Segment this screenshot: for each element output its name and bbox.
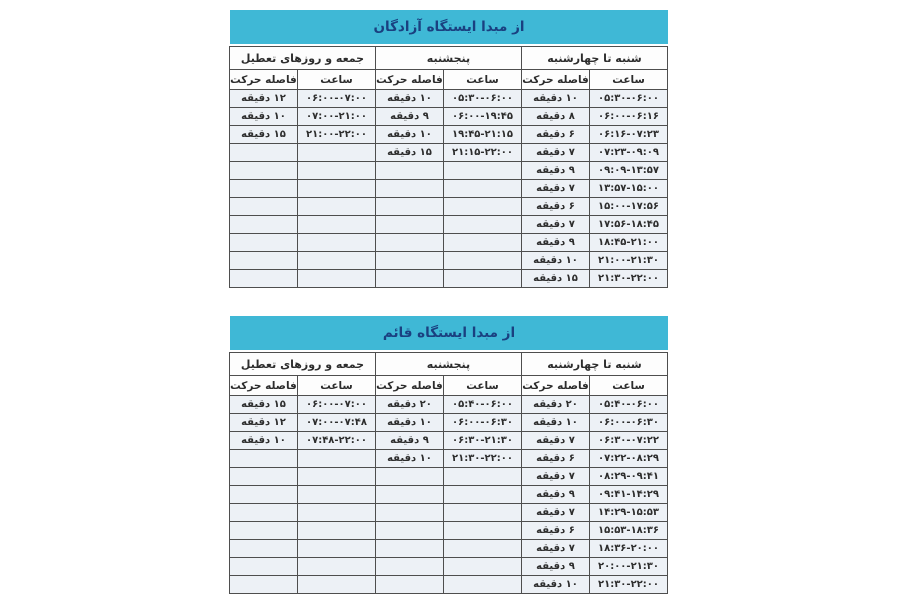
time-range-value: ۰۶:۰۰-۱۹:۴۵: [452, 111, 513, 122]
friday-holidays-time-cell: [297, 144, 375, 162]
sat-to-wed-time-cell: ۱۵:۵۳-۱۸:۳۶: [590, 522, 668, 540]
sat-to-wed-headway-cell: ۹ دقیقه: [521, 162, 589, 180]
day-group-thursday: پنجشنبه: [375, 353, 521, 376]
friday-holidays-headway-cell: [229, 486, 297, 504]
time-range-value: ۱۷:۵۶-۱۸:۴۵: [598, 219, 659, 230]
schedule-row: ۰۵:۳۰-۰۶:۰۰۱۰ دقیقه۰۵:۳۰-۰۶:۰۰۱۰ دقیقه۰۶…: [229, 90, 667, 108]
friday-holidays-time-cell: ۰۶:۰۰-۰۷:۰۰: [297, 90, 375, 108]
sub-header-row: ساعت فاصله حرکت ساعت فاصله حرکت ساعت فاص…: [229, 70, 667, 90]
day-group-friday-holidays: جمعه و روزهای تعطیل: [229, 353, 375, 376]
thursday-headway-cell: [375, 180, 443, 198]
thursday-headway-cell: [375, 162, 443, 180]
sat-to-wed-time-cell: ۱۴:۲۹-۱۵:۵۳: [590, 504, 668, 522]
thursday-headway-cell: [375, 234, 443, 252]
schedule-row: ۱۳:۵۷-۱۵:۰۰۷ دقیقه: [229, 180, 667, 198]
friday-holidays-time-cell: ۰۷:۰۰-۰۷:۴۸: [297, 414, 375, 432]
thursday-time-cell: [443, 162, 521, 180]
friday-holidays-headway-cell: [229, 180, 297, 198]
thursday-time-cell: ۲۱:۱۵-۲۲:۰۰: [443, 144, 521, 162]
thursday-time-cell: ۱۹:۴۵-۲۱:۱۵: [443, 126, 521, 144]
sat-to-wed-headway-cell: ۷ دقیقه: [521, 468, 589, 486]
thursday-time-cell: ۰۵:۳۰-۰۶:۰۰: [443, 90, 521, 108]
friday-holidays-headway-cell: [229, 162, 297, 180]
thursday-headway-cell: ۹ دقیقه: [375, 432, 443, 450]
headway-header: فاصله حرکت: [375, 376, 443, 396]
schedule-row: ۰۶:۰۰-۰۶:۱۶۸ دقیقه۰۶:۰۰-۱۹:۴۵۹ دقیقه۰۷:۰…: [229, 108, 667, 126]
sat-to-wed-headway-cell: ۷ دقیقه: [521, 144, 589, 162]
sat-to-wed-headway-cell: ۱۵ دقیقه: [521, 270, 589, 288]
thursday-time-cell: [443, 180, 521, 198]
sat-to-wed-headway-cell: ۸ دقیقه: [521, 108, 589, 126]
friday-holidays-headway-cell: [229, 504, 297, 522]
timetable-body: ۰۵:۳۰-۰۶:۰۰۱۰ دقیقه۰۵:۳۰-۰۶:۰۰۱۰ دقیقه۰۶…: [229, 90, 667, 288]
sat-to-wed-time-cell: ۱۸:۳۶-۲۰:۰۰: [590, 540, 668, 558]
sat-to-wed-headway-cell: ۱۰ دقیقه: [521, 252, 589, 270]
thursday-headway-cell: [375, 252, 443, 270]
friday-holidays-headway-cell: ۱۰ دقیقه: [229, 432, 297, 450]
schedule-table-qaem: از مبدا ایستگاه قائم شنبه تا چهارشنبه پن…: [230, 316, 668, 594]
friday-holidays-headway-cell: ۱۲ دقیقه: [229, 414, 297, 432]
thursday-headway-cell: [375, 468, 443, 486]
thursday-headway-cell: ۱۰ دقیقه: [375, 126, 443, 144]
time-range-value: ۰۵:۳۰-۰۶:۰۰: [452, 93, 513, 104]
friday-holidays-time-cell: [297, 198, 375, 216]
friday-holidays-headway-cell: [229, 198, 297, 216]
time-range-value: ۰۶:۰۰-۰۶:۳۰: [452, 417, 513, 428]
thursday-time-cell: ۰۶:۰۰-۰۶:۳۰: [443, 414, 521, 432]
friday-holidays-headway-cell: ۱۵ دقیقه: [229, 396, 297, 414]
thursday-time-cell: [443, 558, 521, 576]
sat-to-wed-headway-cell: ۷ دقیقه: [521, 216, 589, 234]
friday-holidays-time-cell: [297, 216, 375, 234]
friday-holidays-headway-cell: [229, 576, 297, 594]
time-range-value: ۰۶:۰۰-۰۶:۱۶: [598, 111, 659, 122]
time-range-value: ۱۵:۵۳-۱۸:۳۶: [598, 525, 659, 536]
schedule-row: ۱۷:۵۶-۱۸:۴۵۷ دقیقه: [229, 216, 667, 234]
sat-to-wed-headway-cell: ۹ دقیقه: [521, 486, 589, 504]
page: از مبدا ایستگاه آزادگان شنبه تا چهارشنبه…: [0, 0, 900, 600]
friday-holidays-headway-cell: [229, 144, 297, 162]
sat-to-wed-time-cell: ۰۷:۲۲-۰۸:۲۹: [590, 450, 668, 468]
thursday-time-cell: ۰۶:۰۰-۱۹:۴۵: [443, 108, 521, 126]
schedule-row: ۰۸:۲۹-۰۹:۴۱۷ دقیقه: [229, 468, 667, 486]
friday-holidays-time-cell: [297, 558, 375, 576]
table-title: از مبدا ایستگاه قائم: [230, 316, 668, 350]
schedule-row: ۲۱:۳۰-۲۲:۰۰۱۰ دقیقه: [229, 576, 667, 594]
sub-header-row: ساعت فاصله حرکت ساعت فاصله حرکت ساعت فاص…: [229, 376, 667, 396]
headway-header: فاصله حرکت: [229, 70, 297, 90]
time-range-value: ۰۶:۳۰-۰۷:۲۲: [598, 435, 659, 446]
schedule-row: ۰۶:۱۶-۰۷:۲۳۶ دقیقه۱۹:۴۵-۲۱:۱۵۱۰ دقیقه۲۱:…: [229, 126, 667, 144]
thursday-headway-cell: [375, 270, 443, 288]
time-range-value: ۰۵:۴۰-۰۶:۰۰: [452, 399, 513, 410]
sat-to-wed-headway-cell: ۱۰ دقیقه: [521, 90, 589, 108]
friday-holidays-headway-cell: [229, 558, 297, 576]
time-range-value: ۰۷:۴۸-۲۲:۰۰: [306, 435, 367, 446]
friday-holidays-time-cell: [297, 504, 375, 522]
friday-holidays-time-cell: ۲۱:۰۰-۲۲:۰۰: [297, 126, 375, 144]
thursday-time-cell: [443, 540, 521, 558]
schedule-row: ۰۶:۳۰-۰۷:۲۲۷ دقیقه۰۶:۳۰-۲۱:۳۰۹ دقیقه۰۷:۴…: [229, 432, 667, 450]
friday-holidays-time-cell: [297, 234, 375, 252]
schedule-row: ۰۹:۴۱-۱۴:۲۹۹ دقیقه: [229, 486, 667, 504]
table-title: از مبدا ایستگاه آزادگان: [230, 10, 668, 44]
schedule-row: ۰۹:۰۹-۱۳:۵۷۹ دقیقه: [229, 162, 667, 180]
time-range-value: ۱۸:۳۶-۲۰:۰۰: [598, 543, 659, 554]
time-range-value: ۱۵:۰۰-۱۷:۵۶: [598, 201, 659, 212]
schedule-row: ۰۷:۲۲-۰۸:۲۹۶ دقیقه۲۱:۳۰-۲۲:۰۰۱۰ دقیقه: [229, 450, 667, 468]
thursday-headway-cell: [375, 558, 443, 576]
sat-to-wed-time-cell: ۰۵:۴۰-۰۶:۰۰: [590, 396, 668, 414]
time-header: ساعت: [443, 376, 521, 396]
timetable-body: ۰۵:۴۰-۰۶:۰۰۲۰ دقیقه۰۵:۴۰-۰۶:۰۰۲۰ دقیقه۰۶…: [229, 396, 667, 594]
sat-to-wed-time-cell: ۲۱:۳۰-۲۲:۰۰: [590, 576, 668, 594]
friday-holidays-time-cell: [297, 450, 375, 468]
thursday-time-cell: ۲۱:۳۰-۲۲:۰۰: [443, 450, 521, 468]
sat-to-wed-headway-cell: ۶ دقیقه: [521, 522, 589, 540]
time-range-value: ۰۶:۱۶-۰۷:۲۳: [598, 129, 659, 140]
friday-holidays-headway-cell: ۱۰ دقیقه: [229, 108, 297, 126]
thursday-time-cell: ۰۵:۴۰-۰۶:۰۰: [443, 396, 521, 414]
friday-holidays-time-cell: ۰۶:۰۰-۰۷:۰۰: [297, 396, 375, 414]
sat-to-wed-headway-cell: ۷ دقیقه: [521, 504, 589, 522]
thursday-time-cell: [443, 270, 521, 288]
sat-to-wed-headway-cell: ۷ دقیقه: [521, 432, 589, 450]
sat-to-wed-time-cell: ۰۷:۲۳-۰۹:۰۹: [590, 144, 668, 162]
sat-to-wed-headway-cell: ۲۰ دقیقه: [521, 396, 589, 414]
friday-holidays-headway-cell: ۱۵ دقیقه: [229, 126, 297, 144]
time-range-value: ۱۳:۵۷-۱۵:۰۰: [598, 183, 659, 194]
friday-holidays-headway-cell: [229, 234, 297, 252]
headway-header: فاصله حرکت: [521, 376, 589, 396]
thursday-time-cell: [443, 234, 521, 252]
schedule-row: ۰۶:۰۰-۰۶:۳۰۱۰ دقیقه۰۶:۰۰-۰۶:۳۰۱۰ دقیقه۰۷…: [229, 414, 667, 432]
schedule-row: ۲۱:۰۰-۲۱:۳۰۱۰ دقیقه: [229, 252, 667, 270]
sat-to-wed-time-cell: ۲۱:۰۰-۲۱:۳۰: [590, 252, 668, 270]
timetable: شنبه تا چهارشنبه پنجشنبه جمعه و روزهای ت…: [229, 352, 668, 594]
sat-to-wed-time-cell: ۰۵:۳۰-۰۶:۰۰: [590, 90, 668, 108]
schedule-row: ۱۴:۲۹-۱۵:۵۳۷ دقیقه: [229, 504, 667, 522]
sat-to-wed-time-cell: ۰۹:۰۹-۱۳:۵۷: [590, 162, 668, 180]
thursday-headway-cell: ۹ دقیقه: [375, 108, 443, 126]
friday-holidays-headway-cell: [229, 468, 297, 486]
friday-holidays-time-cell: [297, 486, 375, 504]
headway-header: فاصله حرکت: [375, 70, 443, 90]
schedule-row: ۱۸:۴۵-۲۱:۰۰۹ دقیقه: [229, 234, 667, 252]
friday-holidays-time-cell: [297, 162, 375, 180]
sat-to-wed-time-cell: ۰۶:۰۰-۰۶:۱۶: [590, 108, 668, 126]
friday-holidays-time-cell: [297, 180, 375, 198]
sat-to-wed-time-cell: ۰۶:۳۰-۰۷:۲۲: [590, 432, 668, 450]
time-range-value: ۲۱:۱۵-۲۲:۰۰: [452, 147, 513, 158]
sat-to-wed-time-cell: ۰۹:۴۱-۱۴:۲۹: [590, 486, 668, 504]
thursday-headway-cell: [375, 522, 443, 540]
thursday-headway-cell: [375, 540, 443, 558]
time-range-value: ۲۱:۰۰-۲۱:۳۰: [598, 255, 659, 266]
thursday-headway-cell: ۲۰ دقیقه: [375, 396, 443, 414]
schedule-row: ۲۰:۰۰-۲۱:۳۰۹ دقیقه: [229, 558, 667, 576]
thursday-time-cell: ۰۶:۳۰-۲۱:۳۰: [443, 432, 521, 450]
sat-to-wed-time-cell: ۱۳:۵۷-۱۵:۰۰: [590, 180, 668, 198]
time-range-value: ۰۹:۰۹-۱۳:۵۷: [598, 165, 659, 176]
time-range-value: ۰۷:۲۳-۰۹:۰۹: [598, 147, 659, 158]
time-header: ساعت: [590, 376, 668, 396]
friday-holidays-time-cell: [297, 576, 375, 594]
time-range-value: ۰۷:۲۲-۰۸:۲۹: [598, 453, 659, 464]
schedule-row: ۱۵:۵۳-۱۸:۳۶۶ دقیقه: [229, 522, 667, 540]
time-range-value: ۲۰:۰۰-۲۱:۳۰: [598, 561, 659, 572]
time-header: ساعت: [297, 376, 375, 396]
sat-to-wed-time-cell: ۲۰:۰۰-۲۱:۳۰: [590, 558, 668, 576]
thursday-time-cell: [443, 198, 521, 216]
schedule-row: ۰۷:۲۳-۰۹:۰۹۷ دقیقه۲۱:۱۵-۲۲:۰۰۱۵ دقیقه: [229, 144, 667, 162]
schedule-row: ۱۸:۳۶-۲۰:۰۰۷ دقیقه: [229, 540, 667, 558]
friday-holidays-headway-cell: [229, 270, 297, 288]
thursday-headway-cell: ۱۵ دقیقه: [375, 144, 443, 162]
time-range-value: ۰۶:۰۰-۰۷:۰۰: [306, 399, 367, 410]
thursday-headway-cell: [375, 216, 443, 234]
thursday-headway-cell: [375, 198, 443, 216]
time-range-value: ۰۶:۰۰-۰۶:۳۰: [598, 417, 659, 428]
sat-to-wed-time-cell: ۲۱:۳۰-۲۲:۰۰: [590, 270, 668, 288]
friday-holidays-time-cell: [297, 468, 375, 486]
day-group-thursday: پنجشنبه: [375, 47, 521, 70]
friday-holidays-headway-cell: [229, 252, 297, 270]
thursday-headway-cell: [375, 486, 443, 504]
friday-holidays-time-cell: [297, 252, 375, 270]
friday-holidays-headway-cell: [229, 540, 297, 558]
day-group-sat-to-wed: شنبه تا چهارشنبه: [521, 47, 667, 70]
time-header: ساعت: [590, 70, 668, 90]
friday-holidays-headway-cell: [229, 216, 297, 234]
time-range-value: ۰۸:۲۹-۰۹:۴۱: [598, 471, 659, 482]
time-range-value: ۲۱:۳۰-۲۲:۰۰: [598, 579, 659, 590]
friday-holidays-headway-cell: ۱۲ دقیقه: [229, 90, 297, 108]
thursday-time-cell: [443, 216, 521, 234]
friday-holidays-time-cell: [297, 270, 375, 288]
sat-to-wed-headway-cell: ۶ دقیقه: [521, 450, 589, 468]
thursday-headway-cell: ۱۰ دقیقه: [375, 414, 443, 432]
time-range-value: ۱۹:۴۵-۲۱:۱۵: [452, 129, 513, 140]
friday-holidays-headway-cell: [229, 450, 297, 468]
friday-holidays-headway-cell: [229, 522, 297, 540]
day-group-header-row: شنبه تا چهارشنبه پنجشنبه جمعه و روزهای ت…: [229, 47, 667, 70]
schedule-row: ۱۵:۰۰-۱۷:۵۶۶ دقیقه: [229, 198, 667, 216]
sat-to-wed-time-cell: ۰۸:۲۹-۰۹:۴۱: [590, 468, 668, 486]
friday-holidays-time-cell: [297, 540, 375, 558]
time-range-value: ۲۱:۳۰-۲۲:۰۰: [598, 273, 659, 284]
day-group-header-row: شنبه تا چهارشنبه پنجشنبه جمعه و روزهای ت…: [229, 353, 667, 376]
time-range-value: ۰۷:۰۰-۰۷:۴۸: [306, 417, 367, 428]
schedule-table-azadegan: از مبدا ایستگاه آزادگان شنبه تا چهارشنبه…: [230, 10, 668, 288]
thursday-headway-cell: [375, 504, 443, 522]
time-range-value: ۰۷:۰۰-۲۱:۰۰: [306, 111, 367, 122]
timetable: شنبه تا چهارشنبه پنجشنبه جمعه و روزهای ت…: [229, 46, 668, 288]
thursday-headway-cell: ۱۰ دقیقه: [375, 90, 443, 108]
friday-holidays-time-cell: ۰۷:۰۰-۲۱:۰۰: [297, 108, 375, 126]
time-range-value: ۰۵:۳۰-۰۶:۰۰: [598, 93, 659, 104]
sat-to-wed-headway-cell: ۹ دقیقه: [521, 234, 589, 252]
friday-holidays-time-cell: [297, 522, 375, 540]
thursday-time-cell: [443, 252, 521, 270]
time-header: ساعت: [297, 70, 375, 90]
sat-to-wed-headway-cell: ۷ دقیقه: [521, 540, 589, 558]
sat-to-wed-time-cell: ۱۷:۵۶-۱۸:۴۵: [590, 216, 668, 234]
sat-to-wed-headway-cell: ۹ دقیقه: [521, 558, 589, 576]
day-group-friday-holidays: جمعه و روزهای تعطیل: [229, 47, 375, 70]
thursday-time-cell: [443, 522, 521, 540]
time-range-value: ۲۱:۳۰-۲۲:۰۰: [452, 453, 513, 464]
time-range-value: ۰۵:۴۰-۰۶:۰۰: [598, 399, 659, 410]
time-range-value: ۲۱:۰۰-۲۲:۰۰: [306, 129, 367, 140]
headway-header: فاصله حرکت: [229, 376, 297, 396]
time-header: ساعت: [443, 70, 521, 90]
thursday-time-cell: [443, 468, 521, 486]
sat-to-wed-headway-cell: ۷ دقیقه: [521, 180, 589, 198]
sat-to-wed-headway-cell: ۱۰ دقیقه: [521, 414, 589, 432]
thursday-headway-cell: [375, 576, 443, 594]
sat-to-wed-time-cell: ۱۵:۰۰-۱۷:۵۶: [590, 198, 668, 216]
sat-to-wed-time-cell: ۰۶:۱۶-۰۷:۲۳: [590, 126, 668, 144]
thursday-time-cell: [443, 486, 521, 504]
friday-holidays-time-cell: ۰۷:۴۸-۲۲:۰۰: [297, 432, 375, 450]
sat-to-wed-headway-cell: ۱۰ دقیقه: [521, 576, 589, 594]
sat-to-wed-time-cell: ۱۸:۴۵-۲۱:۰۰: [590, 234, 668, 252]
thursday-headway-cell: ۱۰ دقیقه: [375, 450, 443, 468]
day-group-sat-to-wed: شنبه تا چهارشنبه: [521, 353, 667, 376]
time-range-value: ۰۶:۰۰-۰۷:۰۰: [306, 93, 367, 104]
time-range-value: ۱۸:۴۵-۲۱:۰۰: [598, 237, 659, 248]
thursday-time-cell: [443, 504, 521, 522]
time-range-value: ۱۴:۲۹-۱۵:۵۳: [598, 507, 659, 518]
sat-to-wed-headway-cell: ۶ دقیقه: [521, 198, 589, 216]
schedule-row: ۲۱:۳۰-۲۲:۰۰۱۵ دقیقه: [229, 270, 667, 288]
schedule-row: ۰۵:۴۰-۰۶:۰۰۲۰ دقیقه۰۵:۴۰-۰۶:۰۰۲۰ دقیقه۰۶…: [229, 396, 667, 414]
sat-to-wed-headway-cell: ۶ دقیقه: [521, 126, 589, 144]
time-range-value: ۰۹:۴۱-۱۴:۲۹: [598, 489, 659, 500]
sat-to-wed-time-cell: ۰۶:۰۰-۰۶:۳۰: [590, 414, 668, 432]
thursday-time-cell: [443, 576, 521, 594]
headway-header: فاصله حرکت: [521, 70, 589, 90]
time-range-value: ۰۶:۳۰-۲۱:۳۰: [452, 435, 513, 446]
